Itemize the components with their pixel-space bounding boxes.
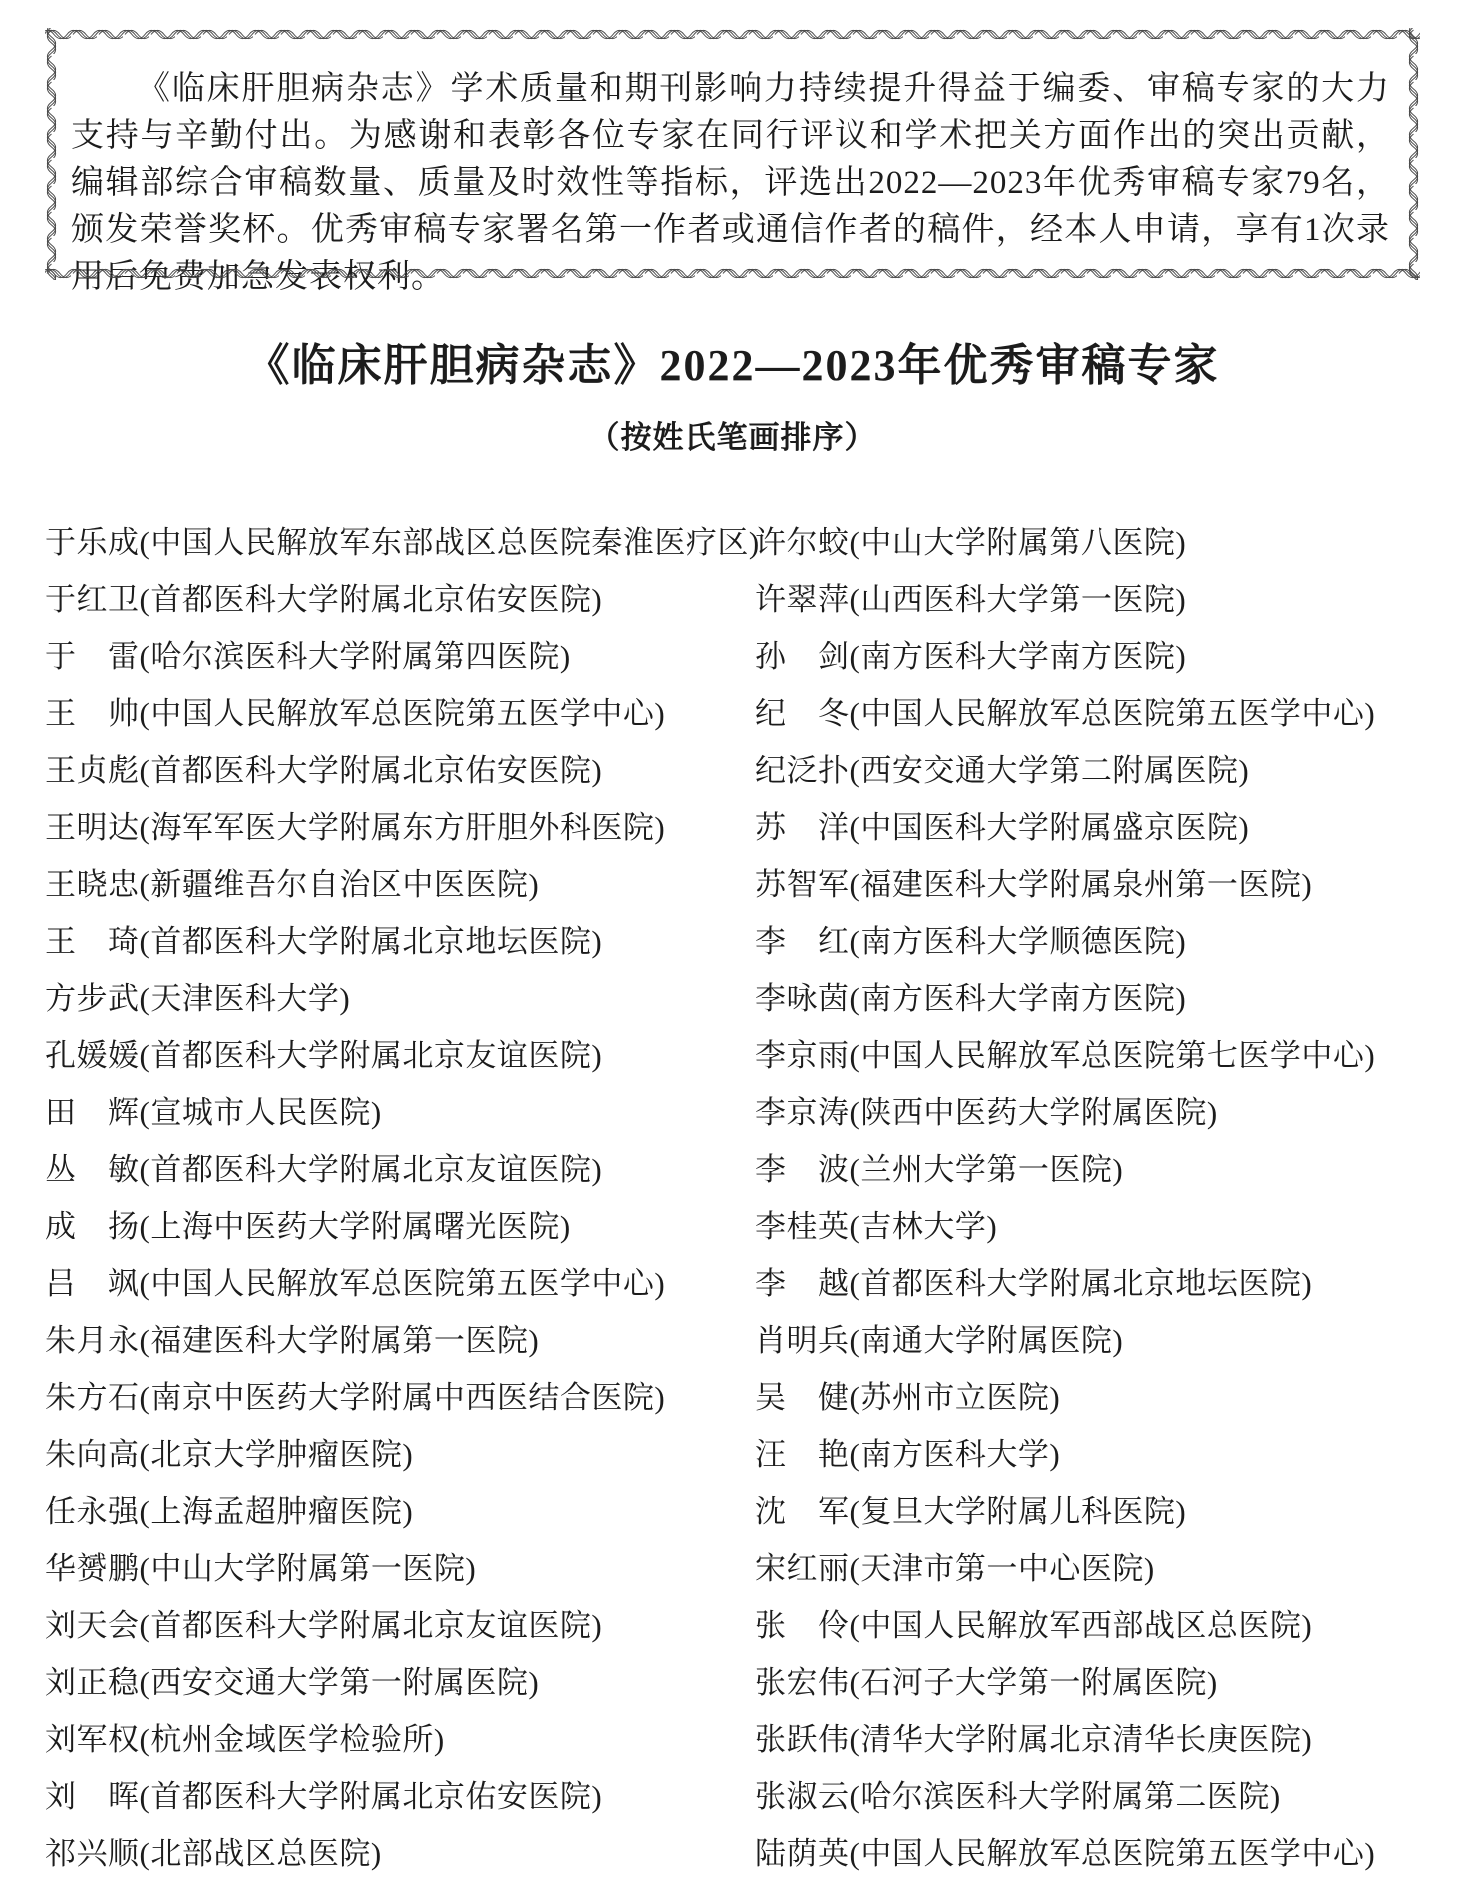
reviewer-entry: 张宏伟(石河子大学第一附属医院) — [755, 1654, 1420, 1711]
reviewer-name: 苏 洋 — [755, 810, 850, 845]
reviewer-column-left: 于乐成(中国人民解放军东部战区总医院秦淮医疗区)于红卫(首都医科大学附属北京佑安… — [45, 514, 755, 1882]
reviewer-name: 朱方石 — [45, 1380, 140, 1415]
reviewer-affiliation: (中山大学附属第八医院) — [850, 525, 1187, 560]
reviewer-name: 李京雨 — [755, 1038, 850, 1073]
reviewer-affiliation: (山西医科大学第一医院) — [850, 582, 1187, 617]
reviewer-name: 朱向高 — [45, 1437, 140, 1472]
reviewer-name: 汪 艳 — [755, 1437, 850, 1472]
reviewer-affiliation: (中国人民解放军总医院第五医学中心) — [140, 696, 666, 731]
reviewer-affiliation: (福建医科大学附属第一医院) — [140, 1323, 540, 1358]
reviewer-affiliation: (南京中医药大学附属中西医结合医院) — [140, 1380, 666, 1415]
reviewer-affiliation: (西安交通大学第一附属医院) — [140, 1665, 540, 1700]
reviewer-affiliation: (天津医科大学) — [140, 981, 351, 1016]
reviewer-name: 肖明兵 — [755, 1323, 850, 1358]
reviewer-affiliation: (海军军医大学附属东方肝胆外科医院) — [140, 810, 666, 845]
reviewer-entry: 王贞彪(首都医科大学附属北京佑安医院) — [45, 742, 755, 799]
reviewer-entry: 任永强(上海孟超肿瘤医院) — [45, 1483, 755, 1540]
reviewer-affiliation: (首都医科大学附属北京佑安医院) — [140, 582, 603, 617]
reviewer-affiliation: (南通大学附属医院) — [850, 1323, 1124, 1358]
reviewer-name: 李京涛 — [755, 1095, 850, 1130]
reviewer-name: 于 雷 — [45, 639, 140, 674]
reviewer-entry: 张 伶(中国人民解放军西部战区总医院) — [755, 1597, 1420, 1654]
reviewer-entry: 李 波(兰州大学第一医院) — [755, 1141, 1420, 1198]
reviewer-affiliation: (中国医科大学附属盛京医院) — [850, 810, 1250, 845]
reviewer-entry: 于 雷(哈尔滨医科大学附属第四医院) — [45, 628, 755, 685]
reviewer-entry: 张跃伟(清华大学附属北京清华长庚医院) — [755, 1711, 1420, 1768]
reviewer-name: 王 帅 — [45, 696, 140, 731]
notice-paragraph: 《临床肝胆病杂志》学术质量和期刊影响力持续提升得益于编委、审稿专家的大力支持与辛… — [45, 28, 1420, 301]
reviewer-entry: 刘 晖(首都医科大学附属北京佑安医院) — [45, 1768, 755, 1825]
reviewer-entry: 祁兴顺(北部战区总医院) — [45, 1825, 755, 1882]
reviewer-affiliation: (北部战区总医院) — [140, 1836, 382, 1871]
reviewer-list: 于乐成(中国人民解放军东部战区总医院秦淮医疗区)于红卫(首都医科大学附属北京佑安… — [45, 514, 1420, 1882]
reviewer-name: 许尔蛟 — [755, 525, 850, 560]
reviewer-entry: 于红卫(首都医科大学附属北京佑安医院) — [45, 571, 755, 628]
reviewer-entry: 王明达(海军军医大学附属东方肝胆外科医院) — [45, 799, 755, 856]
reviewer-affiliation: (清华大学附属北京清华长庚医院) — [850, 1722, 1313, 1757]
reviewer-name: 丛 敏 — [45, 1152, 140, 1187]
reviewer-affiliation: (哈尔滨医科大学附属第二医院) — [850, 1779, 1281, 1814]
reviewer-name: 李咏茵 — [755, 981, 850, 1016]
reviewer-affiliation: (中国人民解放军总医院第五医学中心) — [850, 1836, 1376, 1871]
reviewer-name: 任永强 — [45, 1494, 140, 1529]
reviewer-name: 刘军权 — [45, 1722, 140, 1757]
reviewer-entry: 刘正稳(西安交通大学第一附属医院) — [45, 1654, 755, 1711]
reviewer-entry: 王 琦(首都医科大学附属北京地坛医院) — [45, 913, 755, 970]
rope-border-right-icon — [1407, 28, 1420, 280]
rope-border-bottom-icon — [45, 267, 1420, 280]
reviewer-entry: 许尔蛟(中山大学附属第八医院) — [755, 514, 1420, 571]
reviewer-name: 王贞彪 — [45, 753, 140, 788]
reviewer-name: 王 琦 — [45, 924, 140, 959]
reviewer-affiliation: (首都医科大学附属北京佑安医院) — [140, 753, 603, 788]
reviewer-affiliation: (首都医科大学附属北京佑安医院) — [140, 1779, 603, 1814]
reviewer-affiliation: (首都医科大学附属北京地坛医院) — [140, 924, 603, 959]
reviewer-affiliation: (复旦大学附属儿科医院) — [850, 1494, 1187, 1529]
reviewer-name: 李桂英 — [755, 1209, 850, 1244]
reviewer-name: 李 越 — [755, 1266, 850, 1301]
reviewer-name: 于乐成 — [45, 525, 140, 560]
reviewer-entry: 许翠萍(山西医科大学第一医院) — [755, 571, 1420, 628]
reviewer-entry: 李 越(首都医科大学附属北京地坛医院) — [755, 1255, 1420, 1312]
reviewer-affiliation: (首都医科大学附属北京地坛医院) — [850, 1266, 1313, 1301]
reviewer-entry: 朱月永(福建医科大学附属第一医院) — [45, 1312, 755, 1369]
reviewer-entry: 纪 冬(中国人民解放军总医院第五医学中心) — [755, 685, 1420, 742]
reviewer-name: 宋红丽 — [755, 1551, 850, 1586]
reviewer-entry: 朱方石(南京中医药大学附属中西医结合医院) — [45, 1369, 755, 1426]
notice-box: 《临床肝胆病杂志》学术质量和期刊影响力持续提升得益于编委、审稿专家的大力支持与辛… — [45, 28, 1420, 280]
reviewer-entry: 王 帅(中国人民解放军总医院第五医学中心) — [45, 685, 755, 742]
reviewer-entry: 张淑云(哈尔滨医科大学附属第二医院) — [755, 1768, 1420, 1825]
reviewer-affiliation: (中国人民解放军东部战区总医院秦淮医疗区) — [140, 525, 760, 560]
reviewer-name: 祁兴顺 — [45, 1836, 140, 1871]
reviewer-entry: 沈 军(复旦大学附属儿科医院) — [755, 1483, 1420, 1540]
reviewer-affiliation: (兰州大学第一医院) — [850, 1152, 1124, 1187]
reviewer-affiliation: (西安交通大学第二附属医院) — [850, 753, 1250, 788]
reviewer-entry: 李京雨(中国人民解放军总医院第七医学中心) — [755, 1027, 1420, 1084]
reviewer-name: 吴 健 — [755, 1380, 850, 1415]
reviewer-entry: 方步武(天津医科大学) — [45, 970, 755, 1027]
reviewer-affiliation: (南方医科大学) — [850, 1437, 1061, 1472]
reviewer-name: 成 扬 — [45, 1209, 140, 1244]
reviewer-affiliation: (苏州市立医院) — [850, 1380, 1061, 1415]
reviewer-name: 孔媛媛 — [45, 1038, 140, 1073]
reviewer-entry: 孙 剑(南方医科大学南方医院) — [755, 628, 1420, 685]
reviewer-affiliation: (中国人民解放军总医院第五医学中心) — [850, 696, 1376, 731]
reviewer-entry: 于乐成(中国人民解放军东部战区总医院秦淮医疗区) — [45, 514, 755, 571]
reviewer-affiliation: (中国人民解放军西部战区总医院) — [850, 1608, 1313, 1643]
reviewer-entry: 田 辉(宣城市人民医院) — [45, 1084, 755, 1141]
reviewer-affiliation: (上海孟超肿瘤医院) — [140, 1494, 414, 1529]
reviewer-name: 张淑云 — [755, 1779, 850, 1814]
reviewer-name: 刘 晖 — [45, 1779, 140, 1814]
reviewer-entry: 纪泛扑(西安交通大学第二附属医院) — [755, 742, 1420, 799]
reviewer-name: 吕 飒 — [45, 1266, 140, 1301]
reviewer-name: 华赟鹏 — [45, 1551, 140, 1586]
reviewer-entry: 汪 艳(南方医科大学) — [755, 1426, 1420, 1483]
reviewer-name: 李 红 — [755, 924, 850, 959]
reviewer-entry: 苏智军(福建医科大学附属泉州第一医院) — [755, 856, 1420, 913]
reviewer-affiliation: (新疆维吾尔自治区中医医院) — [140, 867, 540, 902]
reviewer-entry: 苏 洋(中国医科大学附属盛京医院) — [755, 799, 1420, 856]
reviewer-entry: 李咏茵(南方医科大学南方医院) — [755, 970, 1420, 1027]
reviewer-affiliation: (天津市第一中心医院) — [850, 1551, 1155, 1586]
reviewer-entry: 吴 健(苏州市立医院) — [755, 1369, 1420, 1426]
reviewer-affiliation: (中国人民解放军总医院第五医学中心) — [140, 1266, 666, 1301]
reviewer-name: 张跃伟 — [755, 1722, 850, 1757]
reviewer-entry: 刘天会(首都医科大学附属北京友谊医院) — [45, 1597, 755, 1654]
reviewer-entry: 华赟鹏(中山大学附属第一医院) — [45, 1540, 755, 1597]
document-page: 《临床肝胆病杂志》学术质量和期刊影响力持续提升得益于编委、审稿专家的大力支持与辛… — [0, 0, 1462, 1882]
reviewer-name: 刘正稳 — [45, 1665, 140, 1700]
reviewer-affiliation: (首都医科大学附属北京友谊医院) — [140, 1152, 603, 1187]
reviewer-name: 苏智军 — [755, 867, 850, 902]
reviewer-name: 张宏伟 — [755, 1665, 850, 1700]
reviewer-entry: 朱向高(北京大学肿瘤医院) — [45, 1426, 755, 1483]
reviewer-entry: 陆荫英(中国人民解放军总医院第五医学中心) — [755, 1825, 1420, 1882]
reviewer-name: 朱月永 — [45, 1323, 140, 1358]
reviewer-entry: 王晓忠(新疆维吾尔自治区中医医院) — [45, 856, 755, 913]
rope-border-left-icon — [45, 28, 58, 280]
reviewer-affiliation: (中国人民解放军总医院第七医学中心) — [850, 1038, 1376, 1073]
reviewer-affiliation: (杭州金域医学检验所) — [140, 1722, 445, 1757]
reviewer-affiliation: (南方医科大学南方医院) — [850, 639, 1187, 674]
reviewer-entry: 李京涛(陕西中医药大学附属医院) — [755, 1084, 1420, 1141]
reviewer-affiliation: (首都医科大学附属北京友谊医院) — [140, 1038, 603, 1073]
reviewer-name: 张 伶 — [755, 1608, 850, 1643]
reviewer-name: 孙 剑 — [755, 639, 850, 674]
reviewer-entry: 刘军权(杭州金域医学检验所) — [45, 1711, 755, 1768]
reviewer-name: 刘天会 — [45, 1608, 140, 1643]
reviewer-name: 于红卫 — [45, 582, 140, 617]
reviewer-entry: 成 扬(上海中医药大学附属曙光医院) — [45, 1198, 755, 1255]
reviewer-affiliation: (南方医科大学南方医院) — [850, 981, 1187, 1016]
reviewer-affiliation: (宣城市人民医院) — [140, 1095, 382, 1130]
reviewer-affiliation: (吉林大学) — [850, 1209, 998, 1244]
reviewer-name: 方步武 — [45, 981, 140, 1016]
sort-note: （按姓氏笔画排序） — [45, 420, 1420, 456]
reviewer-entry: 李 红(南方医科大学顺德医院) — [755, 913, 1420, 970]
reviewer-affiliation: (陕西中医药大学附属医院) — [850, 1095, 1218, 1130]
reviewer-affiliation: (首都医科大学附属北京友谊医院) — [140, 1608, 603, 1643]
reviewer-entry: 宋红丽(天津市第一中心医院) — [755, 1540, 1420, 1597]
reviewer-name: 王明达 — [45, 810, 140, 845]
reviewer-name: 陆荫英 — [755, 1836, 850, 1871]
page-title: 《临床肝胆病杂志》2022—2023年优秀审稿专家 — [45, 340, 1420, 392]
reviewer-column-right: 许尔蛟(中山大学附属第八医院)许翠萍(山西医科大学第一医院)孙 剑(南方医科大学… — [755, 514, 1420, 1882]
reviewer-name: 沈 军 — [755, 1494, 850, 1529]
reviewer-entry: 丛 敏(首都医科大学附属北京友谊医院) — [45, 1141, 755, 1198]
reviewer-name: 李 波 — [755, 1152, 850, 1187]
reviewer-name: 纪泛扑 — [755, 753, 850, 788]
reviewer-affiliation: (哈尔滨医科大学附属第四医院) — [140, 639, 571, 674]
reviewer-affiliation: (福建医科大学附属泉州第一医院) — [850, 867, 1313, 902]
reviewer-name: 许翠萍 — [755, 582, 850, 617]
reviewer-name: 王晓忠 — [45, 867, 140, 902]
reviewer-affiliation: (南方医科大学顺德医院) — [850, 924, 1187, 959]
reviewer-affiliation: (北京大学肿瘤医院) — [140, 1437, 414, 1472]
rope-border-top-icon — [45, 28, 1420, 41]
reviewer-entry: 吕 飒(中国人民解放军总医院第五医学中心) — [45, 1255, 755, 1312]
reviewer-entry: 肖明兵(南通大学附属医院) — [755, 1312, 1420, 1369]
reviewer-name: 田 辉 — [45, 1095, 140, 1130]
reviewer-affiliation: (石河子大学第一附属医院) — [850, 1665, 1218, 1700]
reviewer-affiliation: (上海中医药大学附属曙光医院) — [140, 1209, 571, 1244]
reviewer-entry: 孔媛媛(首都医科大学附属北京友谊医院) — [45, 1027, 755, 1084]
reviewer-name: 纪 冬 — [755, 696, 850, 731]
reviewer-entry: 李桂英(吉林大学) — [755, 1198, 1420, 1255]
reviewer-affiliation: (中山大学附属第一医院) — [140, 1551, 477, 1586]
